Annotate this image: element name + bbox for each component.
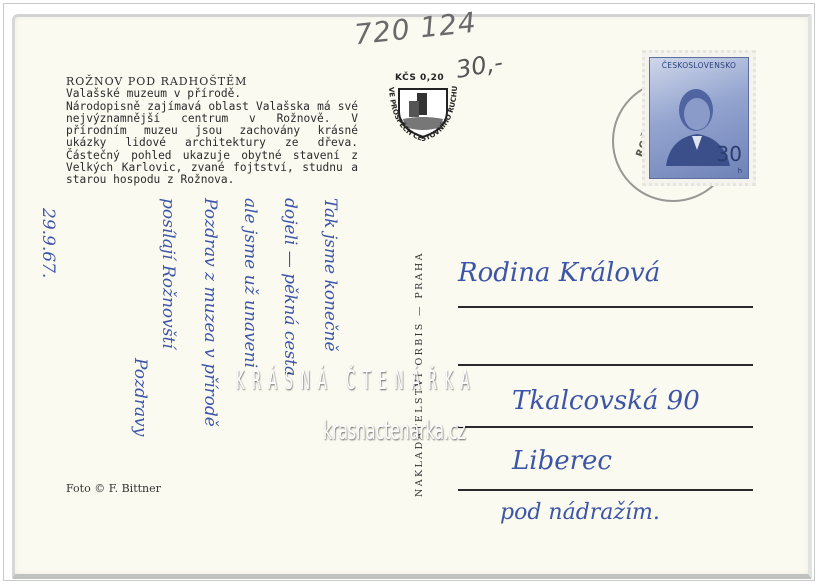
postage-stamp: ČESKOSLOVENSKO 30 h [642, 50, 756, 186]
stamp-face: ČESKOSLOVENSKO 30 h [649, 57, 749, 179]
stamp-country: ČESKOSLOVENSKO [650, 61, 748, 70]
address-line-3 [458, 426, 753, 428]
castle-shield-icon: VE PROSPĚCH CESTOVNÍHO RUCHU [383, 81, 463, 145]
message-line: dojeli — pěkná cesta [280, 198, 300, 376]
watermark-url: krasnactenarka.cz [323, 416, 466, 446]
tourism-mark: KČS 0,20 VE PROSPĚCH CESTOVNÍHO RUCHU [383, 73, 463, 145]
message-line: Tak jsme konečně [320, 198, 340, 352]
message-line: Pozdrav z muzea v přírodě [200, 198, 220, 427]
address-note: pod nádražím. [500, 500, 660, 525]
message-line: ale jsme už unaveni [240, 198, 260, 368]
address-recipient: Rodina Králová [458, 258, 660, 288]
watermark-title: KRÁSNÁ ČTENÁŘKA [236, 366, 621, 396]
photo-credit: Foto © F. Bittner [66, 482, 161, 495]
description-subtitle: Valašské muzeum v přírodě. [66, 88, 358, 100]
message-line: posílají Rožnovští [158, 198, 178, 349]
address-line-4 [458, 489, 753, 491]
postcard-description: ROŽNOV POD RADHOŠTĚM Valašské muzeum v p… [66, 76, 358, 187]
address-line-1 [458, 306, 753, 308]
address-city: Liberec [512, 446, 612, 476]
description-body: Národopisně zajímavá oblast Valašska má … [66, 101, 358, 187]
stamp-value: 30 [717, 142, 742, 166]
publisher-imprint: NAKLADATELSTVÍ ORBIS — PRAHA [414, 197, 425, 497]
stamp-unit: h [738, 167, 742, 175]
message-date: 29.9.67. [38, 208, 58, 278]
message-signature: Pozdravy [130, 358, 150, 436]
